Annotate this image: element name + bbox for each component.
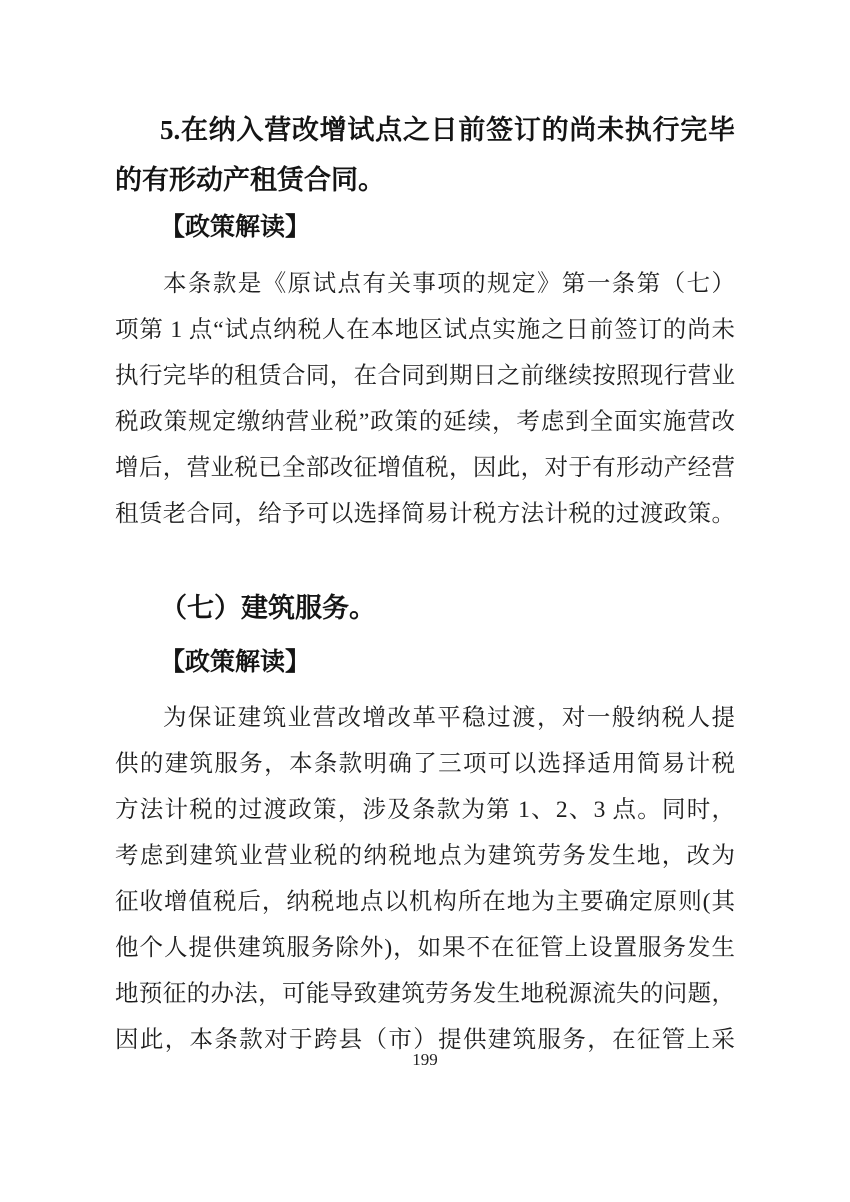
section-construction-services: （七）建筑服务。 【政策解读】 为保证建筑业营改增改革平稳过渡，对一般纳税人提 …	[115, 583, 735, 1063]
section-heading-construction: （七）建筑服务。	[115, 583, 735, 633]
section-heading-item5: 5.在纳入营改增试点之日前签订的尚未执行完毕的有形动产租赁合同。	[115, 105, 735, 205]
document-page: 5.在纳入营改增试点之日前签订的尚未执行完毕的有形动产租赁合同。 【政策解读】 …	[0, 0, 850, 1202]
section-leased-movable-property: 5.在纳入营改增试点之日前签订的尚未执行完毕的有形动产租赁合同。 【政策解读】 …	[115, 105, 735, 537]
policy-interpretation-label: 【政策解读】	[115, 640, 735, 686]
paragraph-construction-interpretation: 为保证建筑业营改增改革平稳过渡，对一般纳税人提 供的建筑服务，本条款明确了三项可…	[115, 695, 735, 1063]
page-number: 199	[0, 1050, 850, 1070]
policy-interpretation-label: 【政策解读】	[115, 205, 735, 251]
paragraph-item5-interpretation: 本条款是《原试点有关事项的规定》第一条第（七） 项第 1 点“试点纳税人在本地区…	[115, 261, 735, 537]
